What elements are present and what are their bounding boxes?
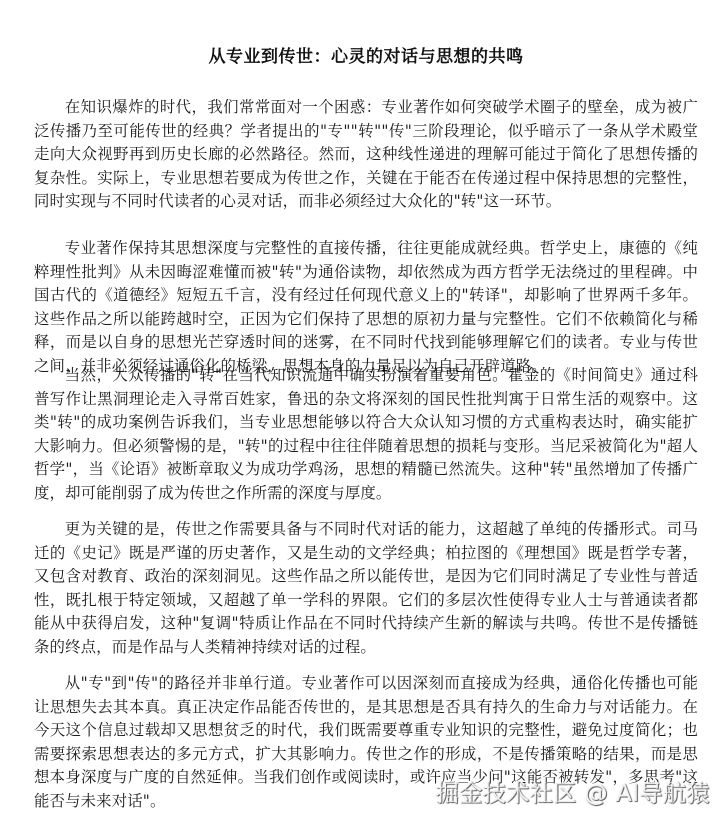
paragraph-1: 在知识爆炸的时代，我们常常面对一个困惑：专业著作如何突破学术圈子的壁垒，成为被广…: [34, 96, 698, 214]
paragraph-4: 更为关键的是，传世之作需要具备与不同时代对话的能力，这超越了单纯的传播形式。司马…: [34, 518, 698, 659]
paragraph-3: 当然，大众传播的"转"在当代知识流通中确实扮演着重要角色。霍金的《时间简史》通过…: [34, 364, 698, 505]
paragraph-2: 专业著作保持其思想深度与完整性的直接传播，往往更能成就经典。哲学史上，康德的《纯…: [34, 237, 698, 378]
document-title: 从专业到传世：心灵的对话与思想的共鸣: [34, 42, 698, 67]
watermark: 掘金技术社区 @ AI导航猿: [436, 775, 710, 808]
